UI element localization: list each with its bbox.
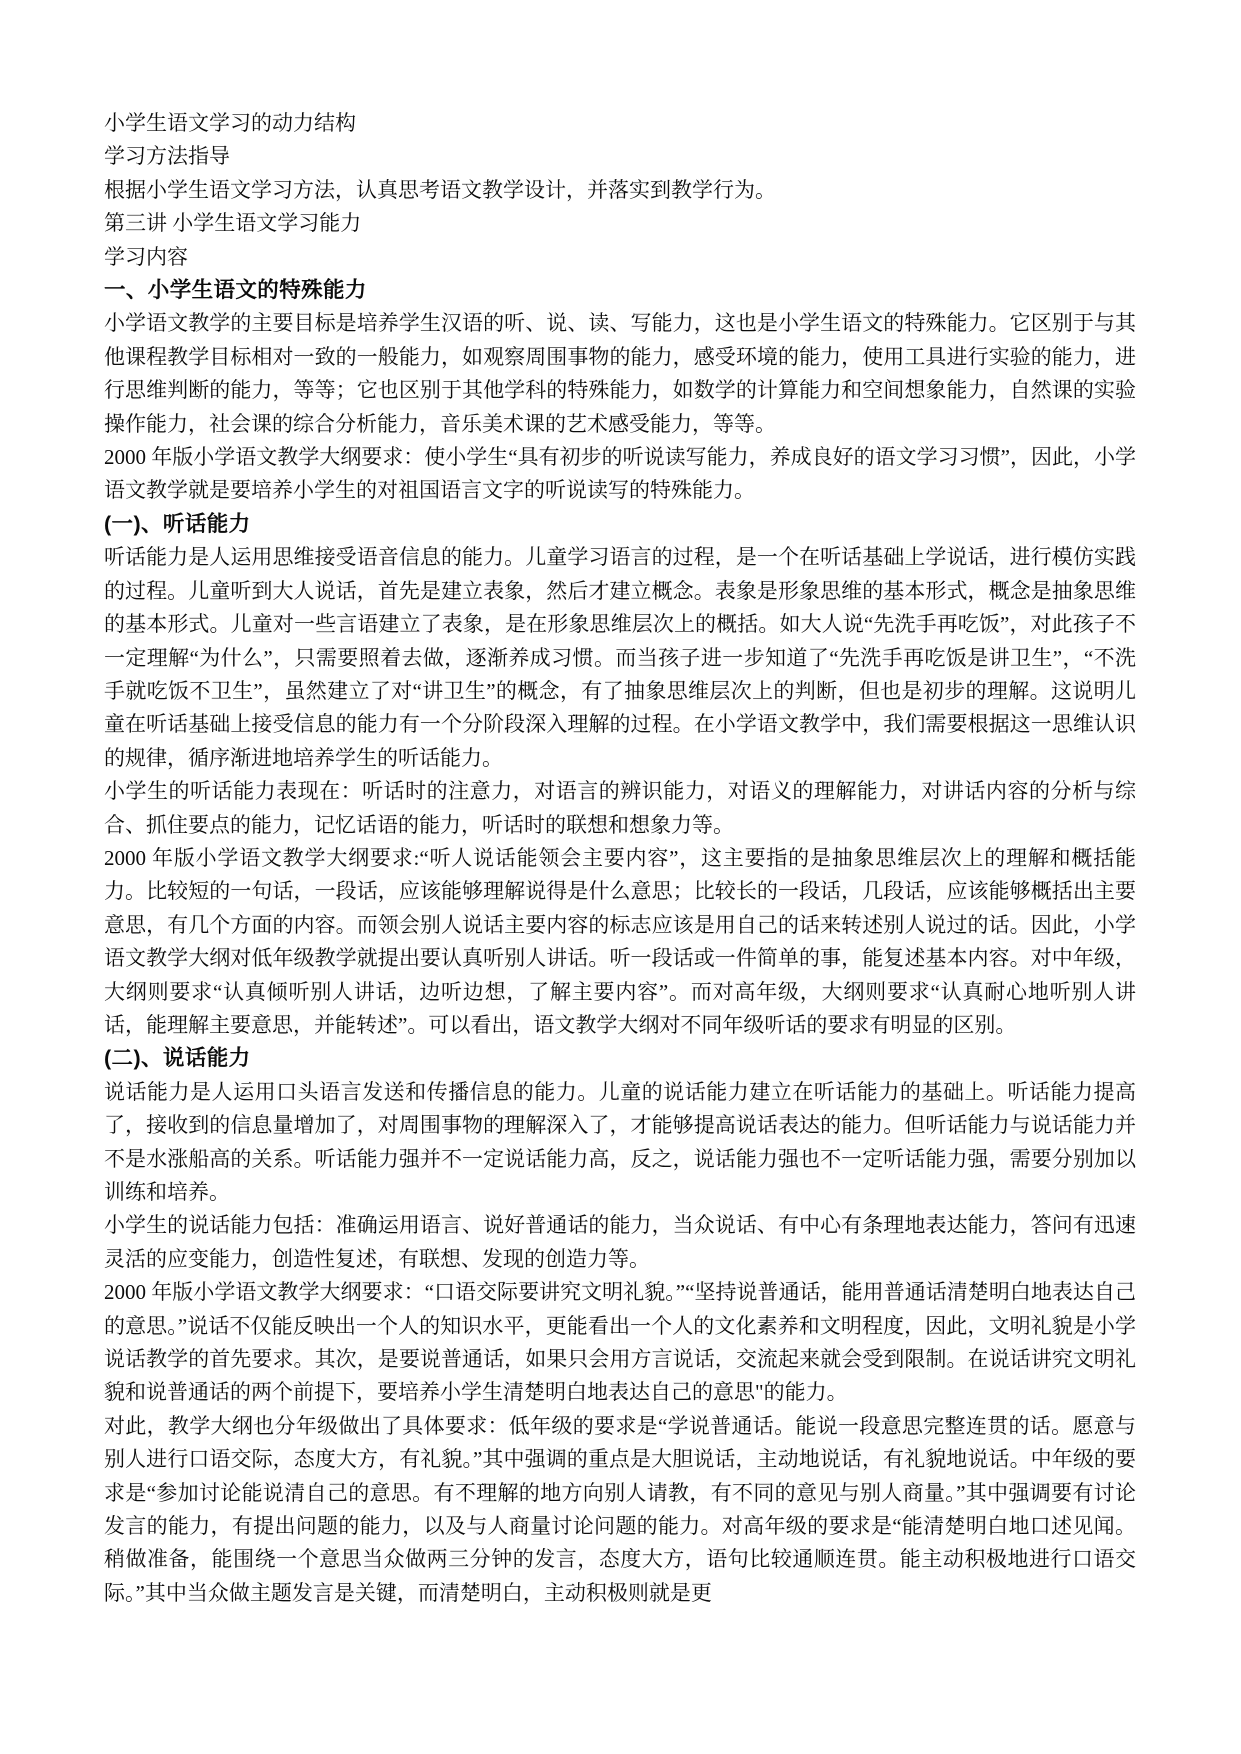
paragraph: 小学生的说话能力包括：准确运用语言、说好普通话的能力，当众说话、有中心有条理地表… (104, 1209, 1136, 1276)
paragraph: 学习内容 (104, 241, 1136, 274)
section-heading: 一、小学生语文的特殊能力 (104, 274, 1136, 307)
document-page: 小学生语文学习的动力结构学习方法指导根据小学生语文学习方法，认真思考语文教学设计… (0, 0, 1241, 1754)
paragraph: 小学语文教学的主要目标是培养学生汉语的听、说、读、写能力，这也是小学生语文的特殊… (104, 307, 1136, 441)
section-heading: (一)、听话能力 (104, 508, 1136, 541)
paragraph: 听话能力是人运用思维接受语音信息的能力。儿童学习语言的过程，是一个在听话基础上学… (104, 541, 1136, 775)
paragraph: 2000 年版小学语文教学大纲要求：“口语交际要讲究文明礼貌。”“坚持说普通话，… (104, 1276, 1136, 1410)
section-heading: (二)、说话能力 (104, 1042, 1136, 1075)
paragraph: 2000 年版小学语文教学大纲要求：使小学生“具有初步的听说读写能力，养成良好的… (104, 441, 1136, 508)
paragraph: 小学生语文学习的动力结构 (104, 107, 1136, 140)
paragraph: 第三讲 小学生语文学习能力 (104, 207, 1136, 240)
paragraph: 小学生的听话能力表现在：听话时的注意力，对语言的辨识能力，对语义的理解能力，对讲… (104, 775, 1136, 842)
paragraph: 学习方法指导 (104, 140, 1136, 173)
paragraph: 2000 年版小学语文教学大纲要求:“听人说话能领会主要内容”，这主要指的是抽象… (104, 842, 1136, 1042)
paragraph: 对此，教学大纲也分年级做出了具体要求：低年级的要求是“学说普通话。能说一段意思完… (104, 1410, 1136, 1610)
paragraph: 说话能力是人运用口头语言发送和传播信息的能力。儿童的说话能力建立在听话能力的基础… (104, 1076, 1136, 1210)
document-body: 小学生语文学习的动力结构学习方法指导根据小学生语文学习方法，认真思考语文教学设计… (104, 107, 1136, 1610)
paragraph: 根据小学生语文学习方法，认真思考语文教学设计，并落实到教学行为。 (104, 174, 1136, 207)
